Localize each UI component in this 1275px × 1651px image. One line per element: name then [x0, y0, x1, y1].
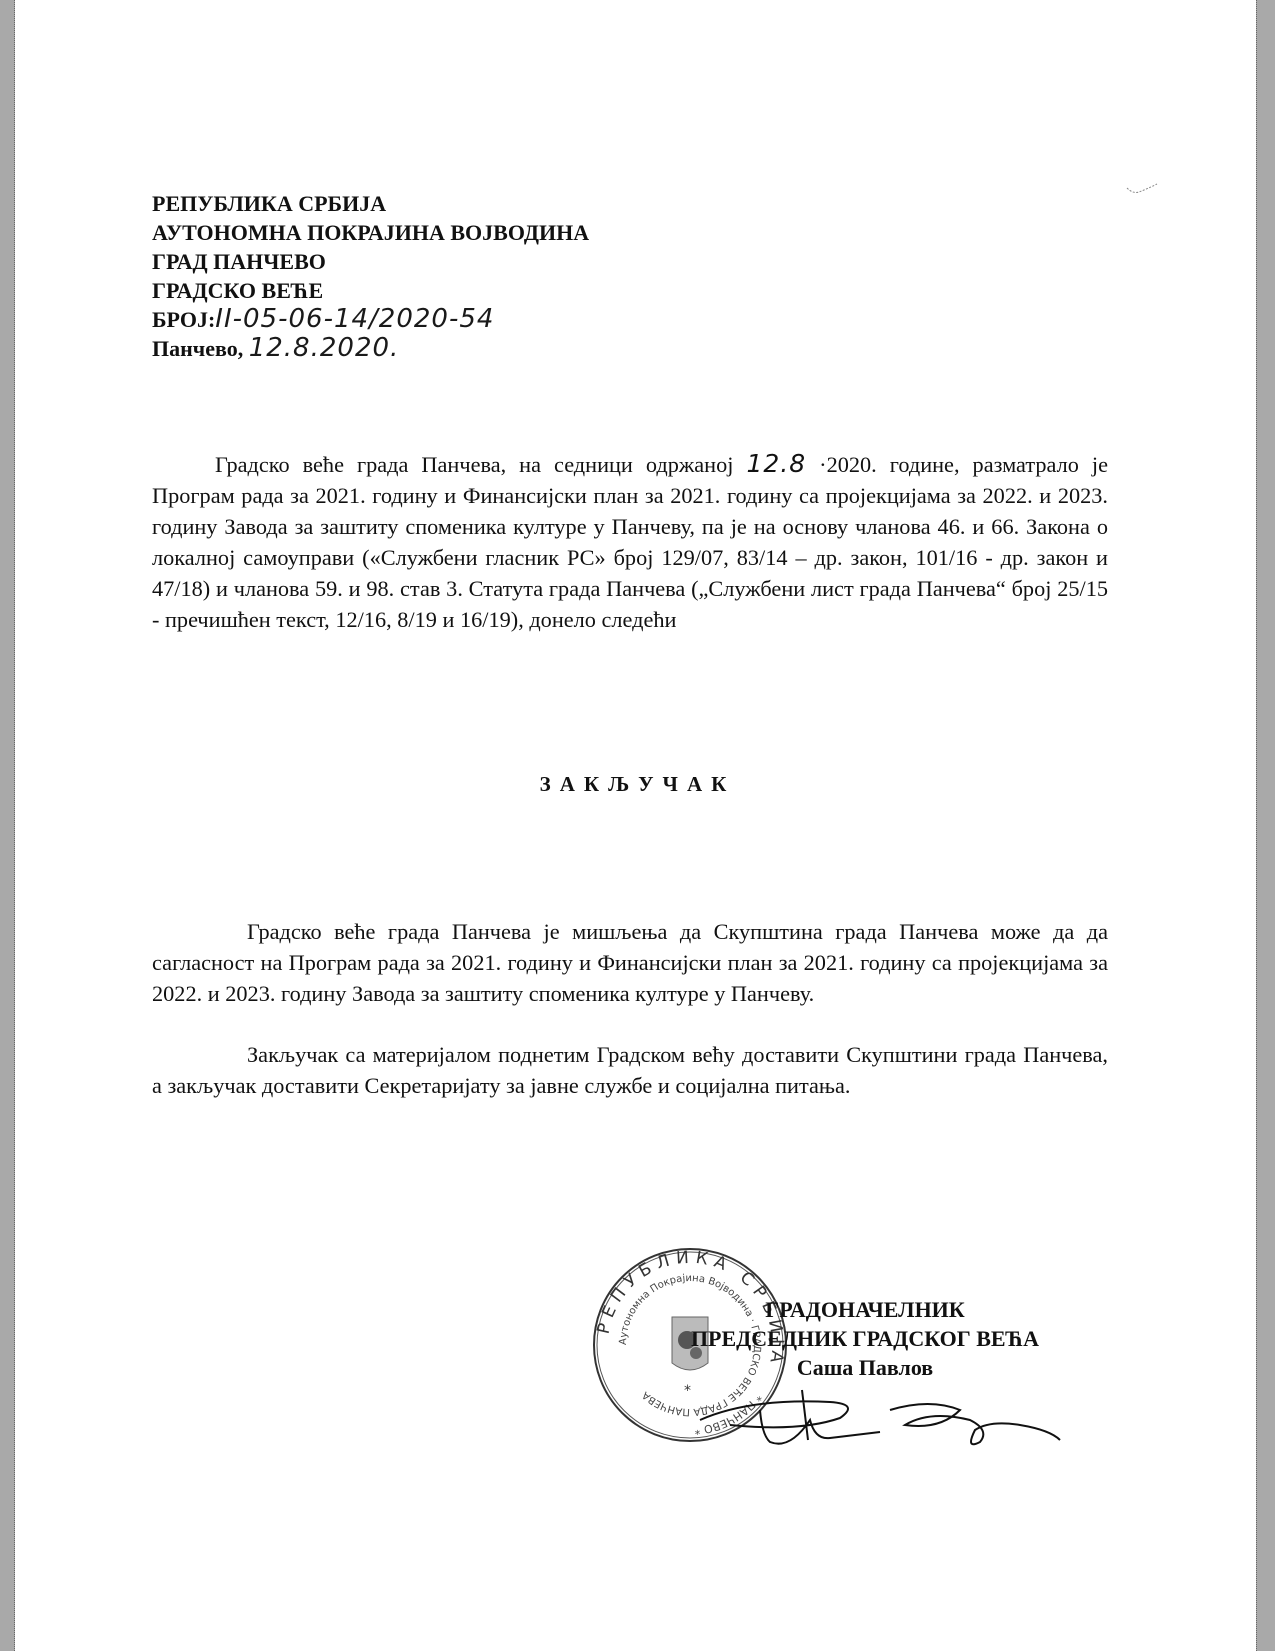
preamble-text-rest: ·2020. године, разматрало је Програм рад… [152, 452, 1108, 632]
date-handwritten: 12.8.2020. [249, 333, 400, 363]
session-date-handwritten: 12.8 [746, 449, 806, 478]
document-place-date: Панчево, 12.8.2020. [152, 334, 589, 363]
conclusion-text-2: Закључак са материјалом поднетим Градско… [152, 1039, 1108, 1101]
handwritten-signature [690, 1380, 1070, 1460]
signature-block: ГРАДОНАЧЕЛНИК ПРЕДСЕДНИК ГРАДСКОГ ВЕЋА С… [655, 1295, 1075, 1382]
conclusion-paragraph-1: Градско веће града Панчева је мишљења да… [152, 916, 1108, 1009]
document-header: РЕПУБЛИКА СРБИЈА АУТОНОМНА ПОКРАЈИНА ВОЈ… [152, 189, 589, 363]
scan-edge-right [1256, 0, 1275, 1651]
signatory-title-mayor: ГРАДОНАЧЕЛНИК [655, 1295, 1075, 1324]
number-label: БРОЈ: [152, 307, 215, 332]
conclusion-text-1: Градско веће града Панчева је мишљења да… [152, 916, 1108, 1009]
signatory-title-president: ПРЕДСЕДНИК ГРАДСКОГ ВЕЋА [655, 1324, 1075, 1353]
preamble-paragraph: Градско веће града Панчева, на седници о… [152, 448, 1108, 635]
conclusion-paragraph-2: Закључак са материјалом поднетим Градско… [152, 1039, 1108, 1101]
pen-mark [1125, 182, 1165, 202]
document-number: БРОЈ:II-05-06-14/2020-54 [152, 305, 589, 334]
preamble-text-start: Градско веће града Панчева, на седници о… [215, 452, 746, 477]
place-label: Панчево, [152, 336, 243, 361]
scan-edge-left [0, 0, 15, 1651]
number-handwritten: II-05-06-14/2020-54 [215, 304, 494, 334]
header-line-province: АУТОНОМНА ПОКРАЈИНА ВОЈВОДИНА [152, 218, 589, 247]
header-line-republic: РЕПУБЛИКА СРБИЈА [152, 189, 589, 218]
header-line-city: ГРАД ПАНЧЕВО [152, 247, 589, 276]
document-title: ЗАКЉУЧАК [0, 772, 1275, 797]
signatory-name: Саша Павлов [655, 1353, 1075, 1382]
header-line-council: ГРАДСКО ВЕЋЕ [152, 276, 589, 305]
